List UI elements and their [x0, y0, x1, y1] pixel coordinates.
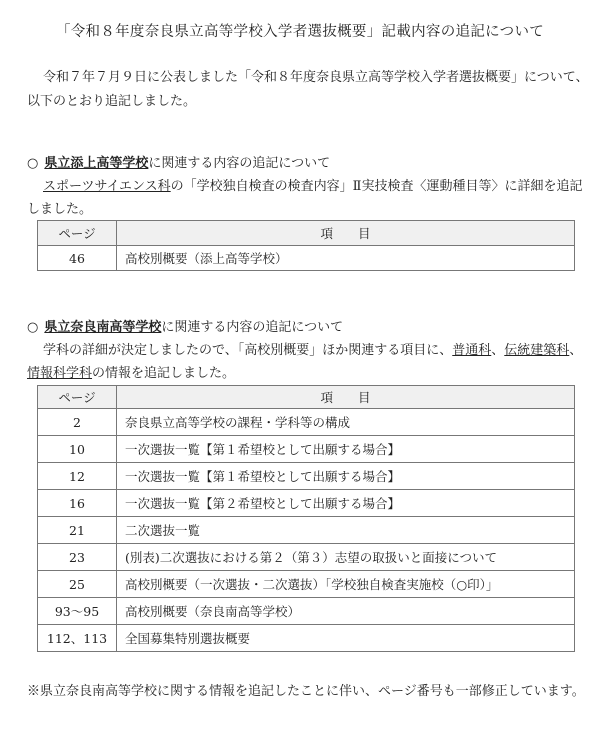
- cell-page: 112、113: [38, 625, 117, 652]
- intro-line-2: 以下のとおり追記しました。: [27, 90, 196, 109]
- cell-item: 高校別概要（奈良南高等学校）: [117, 598, 575, 625]
- dept-traditional-architecture: 伝統建築科: [504, 343, 569, 358]
- table-row: 23 (別表)二次選抜における第２（第３）志望の取扱いと面接について: [38, 544, 575, 571]
- col-header-item: 項 目: [117, 221, 575, 246]
- table-row: 2 奈良県立高等学校の課程・学科等の構成: [38, 409, 575, 436]
- cell-item: 奈良県立高等学校の課程・学科等の構成: [117, 409, 575, 436]
- section-1-school: 県立添上高等学校: [44, 156, 148, 171]
- section-2-school: 県立奈良南高等学校: [44, 320, 161, 335]
- section-1-desc-text: の「学校独自検査の検査内容」Ⅱ実技検査〈運動種目等〉に詳細を追記: [171, 179, 583, 194]
- cell-item: 一次選抜一覧【第１希望校として出願する場合】: [117, 436, 575, 463]
- section-2-desc-text-2: の情報を追記しました。: [92, 366, 235, 381]
- page-title: 「令和８年度奈良県立高等学校入学者選抜概要」記載内容の追記について: [0, 20, 600, 41]
- table-row: 25 高校別概要（一次選抜・二次選抜）「学校独自検査実施校（○印）」: [38, 571, 575, 598]
- cell-page: 21: [38, 517, 117, 544]
- table-row: 112、113 全国募集特別選抜概要: [38, 625, 575, 652]
- table-row: 12 一次選抜一覧【第１希望校として出願する場合】: [38, 463, 575, 490]
- table-row: 93～95 高校別概要（奈良南高等学校）: [38, 598, 575, 625]
- section-1-heading: ○県立添上高等学校に関連する内容の追記について: [27, 152, 330, 171]
- cell-item: 高校別概要（添上高等学校）: [117, 246, 575, 271]
- section-2-table: ページ 項 目 2 奈良県立高等学校の課程・学科等の構成 10 一次選抜一覧【第…: [37, 385, 575, 652]
- dept-information-science: 情報科学科: [27, 366, 92, 381]
- cell-page: 46: [38, 246, 117, 271]
- separator: 、: [491, 343, 504, 358]
- cell-item: 全国募集特別選抜概要: [117, 625, 575, 652]
- cell-page: 10: [38, 436, 117, 463]
- section-1-heading-suffix: に関連する内容の追記について: [148, 156, 330, 171]
- table-row: 21 二次選抜一覧: [38, 517, 575, 544]
- cell-item: 一次選抜一覧【第２希望校として出願する場合】: [117, 490, 575, 517]
- cell-page: 16: [38, 490, 117, 517]
- section-2-heading: ○県立奈良南高等学校に関連する内容の追記について: [27, 316, 343, 335]
- section-2-desc-line-1: 学科の詳細が決定しましたので、「高校別概要」ほか関連する項目に、普通科、伝統建築…: [43, 339, 582, 358]
- section-1-desc-line-2: しました。: [27, 198, 92, 217]
- section-1-desc-line-1: スポーツサイエンス科の「学校独自検査の検査内容」Ⅱ実技検査〈運動種目等〉に詳細を…: [43, 175, 583, 194]
- table-header-row: ページ 項 目: [38, 221, 575, 246]
- cell-page: 93～95: [38, 598, 117, 625]
- section-2-desc-line-2: 情報科学科の情報を追記しました。: [27, 362, 235, 381]
- cell-page: 23: [38, 544, 117, 571]
- cell-page: 2: [38, 409, 117, 436]
- table-row: 16 一次選抜一覧【第２希望校として出願する場合】: [38, 490, 575, 517]
- circle-bullet-icon: ○: [27, 156, 38, 171]
- cell-page: 25: [38, 571, 117, 598]
- dept-general: 普通科: [452, 343, 491, 358]
- footnote: ※県立奈良南高等学校に関する情報を追記したことに伴い、ページ番号も一部修正してい…: [27, 680, 585, 699]
- table-row: 46 高校別概要（添上高等学校）: [38, 246, 575, 271]
- col-header-page: ページ: [38, 386, 117, 409]
- cell-item: 高校別概要（一次選抜・二次選抜）「学校独自検査実施校（○印）」: [117, 571, 575, 598]
- section-2-desc-text: 学科の詳細が決定しましたので、「高校別概要」ほか関連する項目に、: [43, 343, 452, 358]
- cell-item: (別表)二次選抜における第２（第３）志望の取扱いと面接について: [117, 544, 575, 571]
- intro-line-1: 令和７年７月９日に公表しました「令和８年度奈良県立高等学校入学者選抜概要」につい…: [43, 66, 588, 85]
- col-header-item: 項 目: [117, 386, 575, 409]
- cell-page: 12: [38, 463, 117, 490]
- section-1-dept: スポーツサイエンス科: [43, 179, 171, 194]
- section-2-heading-suffix: に関連する内容の追記について: [161, 320, 343, 335]
- cell-item: 二次選抜一覧: [117, 517, 575, 544]
- separator: 、: [569, 343, 582, 358]
- table-row: 10 一次選抜一覧【第１希望校として出願する場合】: [38, 436, 575, 463]
- col-header-page: ページ: [38, 221, 117, 246]
- section-1-table: ページ 項 目 46 高校別概要（添上高等学校）: [37, 220, 575, 271]
- circle-bullet-icon: ○: [27, 320, 38, 335]
- cell-item: 一次選抜一覧【第１希望校として出願する場合】: [117, 463, 575, 490]
- table-header-row: ページ 項 目: [38, 386, 575, 409]
